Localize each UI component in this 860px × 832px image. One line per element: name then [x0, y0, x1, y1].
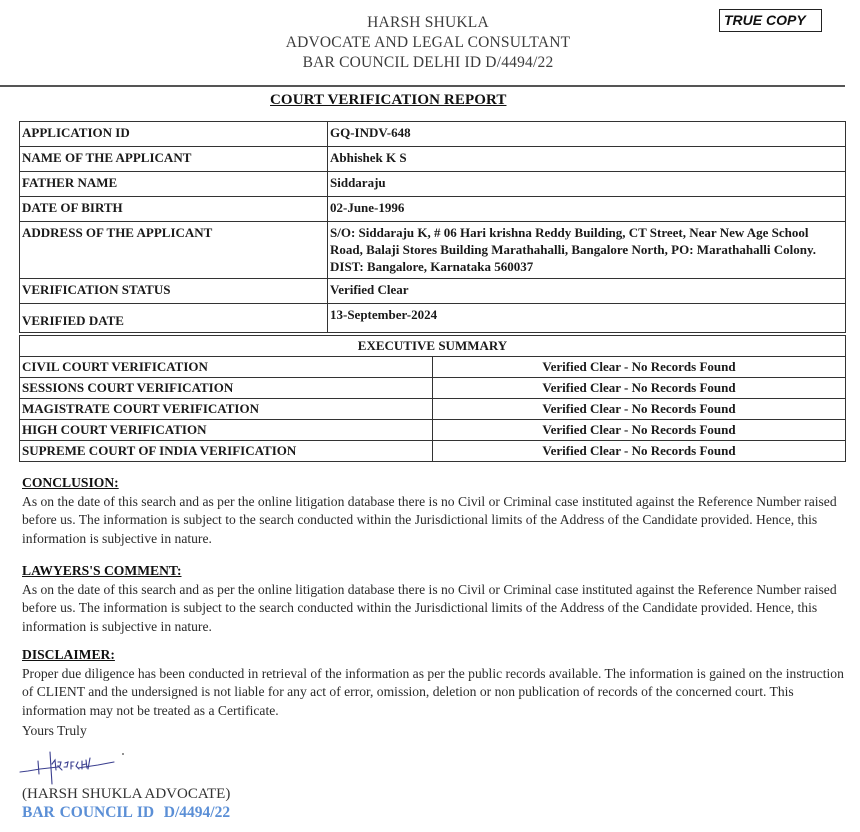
signature-icon — [18, 742, 138, 788]
court-label: CIVIL COURT VERIFICATION — [20, 357, 433, 378]
signatory-name: (HARSH SHUKLA ADVOCATE) — [22, 786, 230, 803]
lawyers-comment-heading: LAWYERS'S COMMENT: — [22, 562, 852, 581]
field-value: Siddaraju — [328, 172, 846, 197]
table-row: FATHER NAME Siddaraju — [20, 172, 846, 197]
report-title: COURT VERIFICATION REPORT — [270, 92, 506, 109]
table-row: MAGISTRATE COURT VERIFICATION Verified C… — [20, 399, 846, 420]
field-value: 13-September-2024 — [328, 304, 846, 333]
court-result: Verified Clear - No Records Found — [433, 441, 846, 462]
field-label: VERIFIED DATE — [20, 304, 328, 333]
table-row: DATE OF BIRTH 02-June-1996 — [20, 197, 846, 222]
signatory-bar-id: BAR COUNCIL ID D/4494/22 — [22, 804, 230, 822]
table-row: VERIFIED DATE 13-September-2024 — [20, 304, 846, 333]
header-divider — [0, 85, 845, 87]
advocate-designation: ADVOCATE AND LEGAL CONSULTANT — [0, 33, 860, 53]
conclusion-heading: CONCLUSION: — [22, 474, 852, 493]
field-label: DATE OF BIRTH — [20, 197, 328, 222]
table-row: HIGH COURT VERIFICATION Verified Clear -… — [20, 420, 846, 441]
executive-summary-table: EXECUTIVE SUMMARY CIVIL COURT VERIFICATI… — [19, 335, 846, 462]
field-value: Verified Clear — [328, 279, 846, 304]
conclusion-section: CONCLUSION: As on the date of this searc… — [22, 474, 852, 548]
table-row: CIVIL COURT VERIFICATION Verified Clear … — [20, 357, 846, 378]
true-copy-stamp: TRUE COPY — [719, 9, 822, 32]
field-value: Abhishek K S — [328, 147, 846, 172]
table-row: SESSIONS COURT VERIFICATION Verified Cle… — [20, 378, 846, 399]
table-row: ADDRESS OF THE APPLICANT S/O: Siddaraju … — [20, 222, 846, 279]
table-row: VERIFICATION STATUS Verified Clear — [20, 279, 846, 304]
court-result: Verified Clear - No Records Found — [433, 378, 846, 399]
applicant-details-table: APPLICATION ID GQ-INDV-648 NAME OF THE A… — [19, 121, 846, 333]
table-row: NAME OF THE APPLICANT Abhishek K S — [20, 147, 846, 172]
table-header-row: EXECUTIVE SUMMARY — [20, 336, 846, 357]
disclaimer-section: DISCLAIMER: Proper due diligence has bee… — [22, 646, 852, 720]
disclaimer-heading: DISCLAIMER: — [22, 646, 852, 665]
field-label: ADDRESS OF THE APPLICANT — [20, 222, 328, 279]
court-label: SESSIONS COURT VERIFICATION — [20, 378, 433, 399]
closing-salutation: Yours Truly — [22, 723, 87, 739]
court-label: HIGH COURT VERIFICATION — [20, 420, 433, 441]
lawyers-comment-text: As on the date of this search and as per… — [22, 581, 852, 637]
field-value: 02-June-1996 — [328, 197, 846, 222]
advocate-bar-id: BAR COUNCIL DELHI ID D/4494/22 — [0, 53, 860, 73]
lawyers-comment-section: LAWYERS'S COMMENT: As on the date of thi… — [22, 562, 852, 636]
executive-summary-heading: EXECUTIVE SUMMARY — [20, 336, 846, 357]
table-row: SUPREME COURT OF INDIA VERIFICATION Veri… — [20, 441, 846, 462]
disclaimer-text: Proper due diligence has been conducted … — [22, 665, 852, 721]
field-label: VERIFICATION STATUS — [20, 279, 328, 304]
field-value: S/O: Siddaraju K, # 06 Hari krishna Redd… — [328, 222, 846, 279]
table-row: APPLICATION ID GQ-INDV-648 — [20, 122, 846, 147]
field-label: APPLICATION ID — [20, 122, 328, 147]
court-label: MAGISTRATE COURT VERIFICATION — [20, 399, 433, 420]
field-value: GQ-INDV-648 — [328, 122, 846, 147]
court-result: Verified Clear - No Records Found — [433, 357, 846, 378]
field-label: NAME OF THE APPLICANT — [20, 147, 328, 172]
conclusion-text: As on the date of this search and as per… — [22, 493, 852, 549]
court-result: Verified Clear - No Records Found — [433, 420, 846, 441]
field-label: FATHER NAME — [20, 172, 328, 197]
court-result: Verified Clear - No Records Found — [433, 399, 846, 420]
court-label: SUPREME COURT OF INDIA VERIFICATION — [20, 441, 433, 462]
